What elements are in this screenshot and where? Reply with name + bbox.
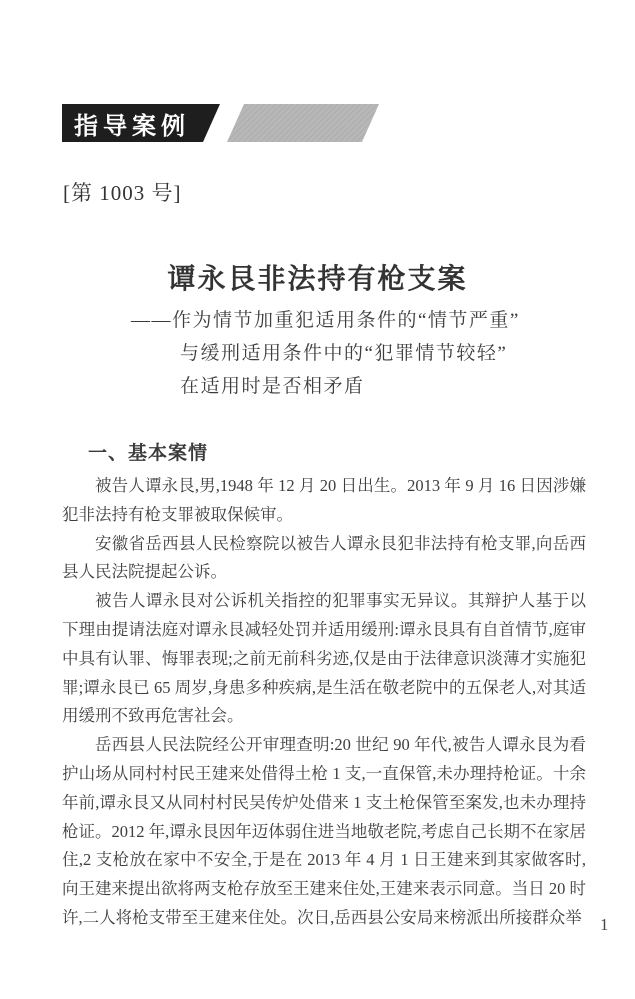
guiding-case-banner-label: 指导案例	[74, 106, 190, 141]
case-subtitle: ——作为情节加重犯适用条件的“情节严重” 与缓刑适用条件中的“犯罪情节较轻” 在…	[131, 304, 520, 403]
document-page: 指导案例 [第 1003 号] 谭永艮非法持有枪支案 ——作为情节加重犯适用条件…	[0, 0, 635, 999]
subtitle-line: 在适用时是否相矛盾	[180, 370, 520, 403]
subtitle-line: ——作为情节加重犯适用条件的“情节严重”	[131, 304, 520, 337]
page-number: 1	[600, 915, 609, 935]
body-paragraph: 被告人谭永艮,男,1948 年 12 月 20 日出生。2013 年 9 月 1…	[62, 472, 586, 530]
body-paragraph: 安徽省岳西县人民检察院以被告人谭永艮犯非法持有枪支罪,向岳西县人民法院提起公诉。	[62, 530, 586, 588]
case-title: 谭永艮非法持有枪支案	[0, 257, 635, 297]
body-paragraph: 被告人谭永艮对公诉机关指控的犯罪事实无异议。其辩护人基于以下理由提请法庭对谭永艮…	[62, 587, 586, 731]
banner-halftone-stripe	[227, 104, 379, 142]
body-paragraph: 岳西县人民法院经公开审理查明:20 世纪 90 年代,被告人谭永艮为看护山场从同…	[62, 731, 586, 933]
guiding-case-banner-label-box: 指导案例	[62, 104, 220, 142]
case-number: [第 1003 号]	[63, 177, 182, 207]
section-heading-basic-facts: 一、基本案情	[88, 438, 208, 465]
subtitle-line: 与缓刑适用条件中的“犯罪情节较轻”	[180, 337, 520, 370]
body-text-block: 被告人谭永艮,男,1948 年 12 月 20 日出生。2013 年 9 月 1…	[62, 472, 586, 933]
guiding-case-banner: 指导案例	[62, 104, 379, 142]
